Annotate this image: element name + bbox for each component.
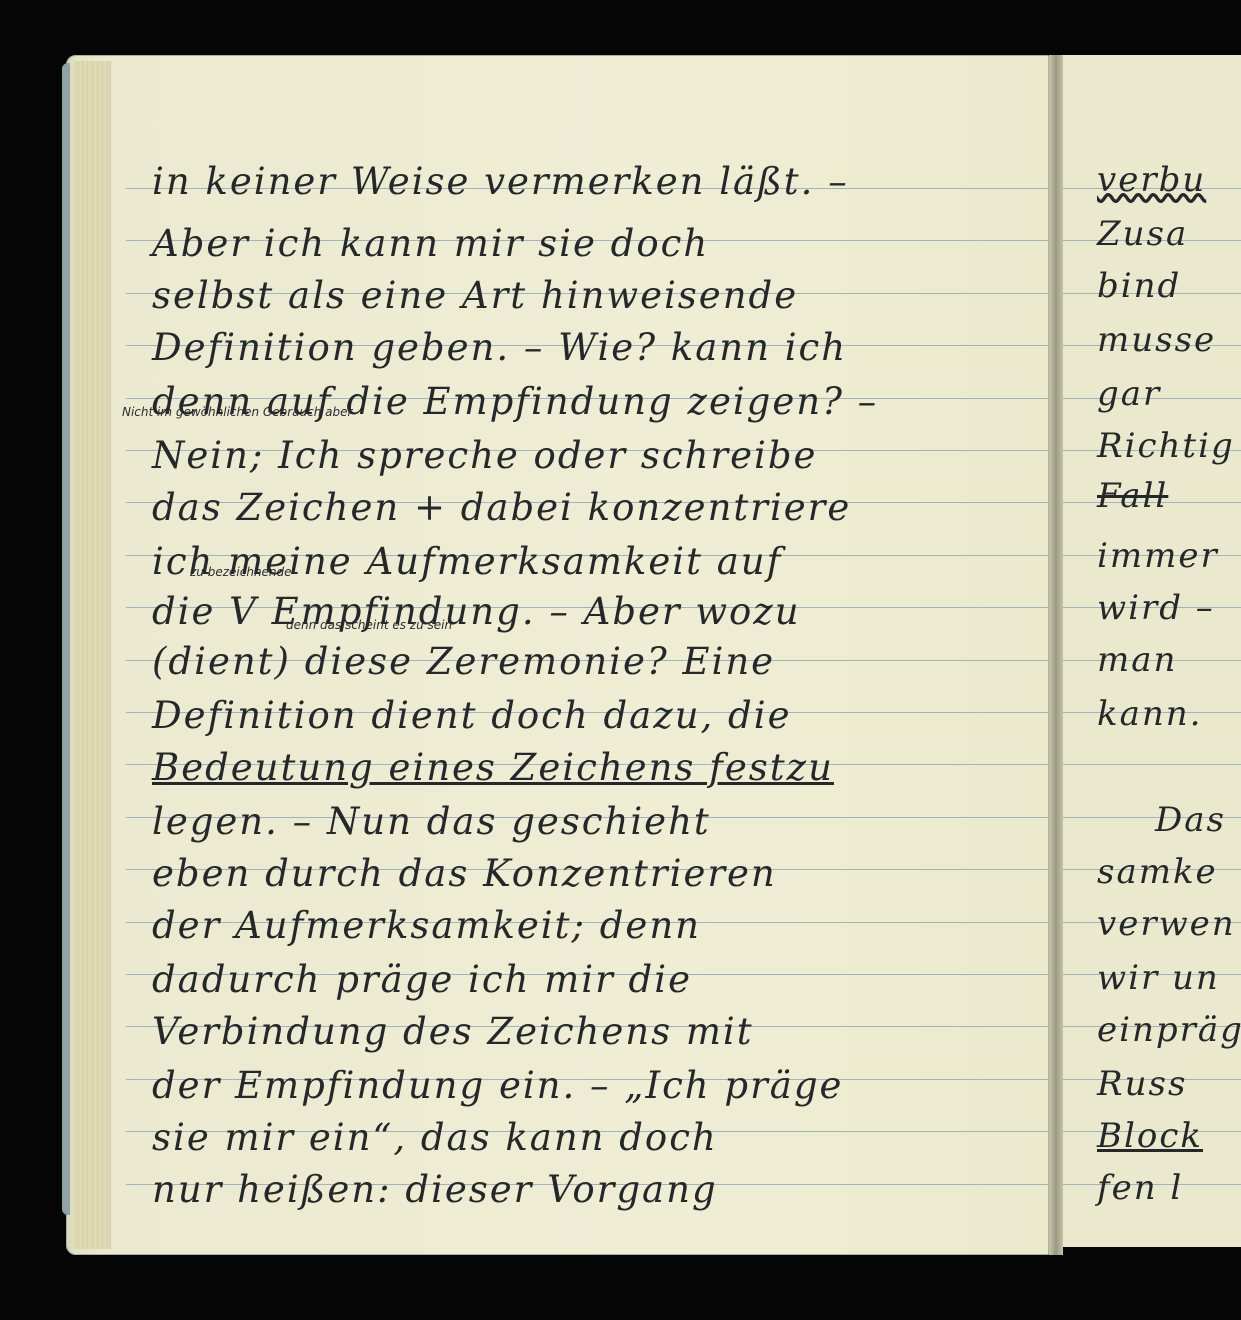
right-line-17: einpräg: [1097, 1013, 1241, 1047]
ruled-line: [1063, 764, 1241, 765]
left-page: in keiner Weise vermerken läßt. – Aber i…: [66, 55, 1049, 1255]
text-line-7: das Zeichen + dabei konzentriere: [152, 489, 851, 526]
text-line-9: die V Empfindung. – Aber wozu: [152, 593, 801, 630]
notebook: in keiner Weise vermerken läßt. – Aber i…: [66, 55, 1241, 1263]
text-line-1: in keiner Weise vermerken läßt. –: [152, 163, 849, 200]
right-line-2: Zusa: [1097, 217, 1188, 251]
text-line-2: Aber ich kann mir sie doch: [152, 225, 709, 262]
right-line-6: Richtig: [1097, 429, 1235, 463]
text-line-4: Definition geben. – Wie? kann ich: [152, 329, 847, 366]
text-line-13: legen. – Nun das geschieht: [152, 803, 711, 840]
right-line-16: wir un: [1097, 961, 1220, 995]
right-line-10: man: [1097, 643, 1177, 677]
right-line-5: gar: [1097, 377, 1161, 411]
text-line-12: Bedeutung eines Zeichens festzu: [152, 749, 834, 786]
text-line-19: sie mir ein“, das kann doch: [152, 1119, 718, 1156]
text-line-17: Verbindung des Zeichens mit: [152, 1013, 754, 1050]
notebook-cover-edge: [62, 63, 70, 1215]
text-line-6: Nein; Ich spreche oder schreibe: [152, 437, 817, 474]
right-line-13: Das: [1155, 803, 1226, 837]
interlinear-annotation-2: zu bezeichnende: [190, 565, 292, 579]
text-line-14: eben durch das Konzentrieren: [152, 855, 777, 892]
text-line-3: selbst als eine Art hinweisende: [152, 277, 798, 314]
right-line-8: immer: [1097, 539, 1219, 573]
right-line-15: verwen: [1097, 907, 1236, 941]
text-line-11: Definition dient doch dazu, die: [152, 697, 791, 734]
right-line-20: fen l: [1097, 1171, 1183, 1205]
text-line-10: (dient) diese Zeremonie? Eine: [152, 643, 775, 680]
interlinear-annotation-3: denn das scheint es zu sein: [286, 618, 452, 632]
right-line-14: samke: [1097, 855, 1218, 889]
right-line-18: Russ: [1097, 1067, 1187, 1101]
marginal-annotation-1: Nicht im gewöhnlichen Gebrauch aber: [122, 405, 352, 419]
text-line-18: der Empfindung ein. – „Ich präge: [152, 1067, 843, 1104]
right-line-7: Fall: [1097, 479, 1168, 513]
text-line-20: nur heißen: dieser Vorgang: [152, 1171, 718, 1208]
right-page: verbu Zusa bind musse gar Richtig Fall i…: [1063, 55, 1241, 1247]
text-line-16: dadurch präge ich mir die: [152, 961, 692, 998]
right-line-19: Block: [1097, 1119, 1203, 1153]
page-stack-edges: [74, 61, 111, 1249]
right-line-1: verbu: [1097, 163, 1206, 197]
right-line-4: musse: [1097, 323, 1216, 357]
right-line-3: bind: [1097, 269, 1181, 303]
right-line-9: wird –: [1097, 591, 1215, 625]
notebook-gutter: [1049, 55, 1063, 1255]
text-line-15: der Aufmerksamkeit; denn: [152, 907, 701, 944]
right-line-11: kann.: [1097, 697, 1202, 731]
